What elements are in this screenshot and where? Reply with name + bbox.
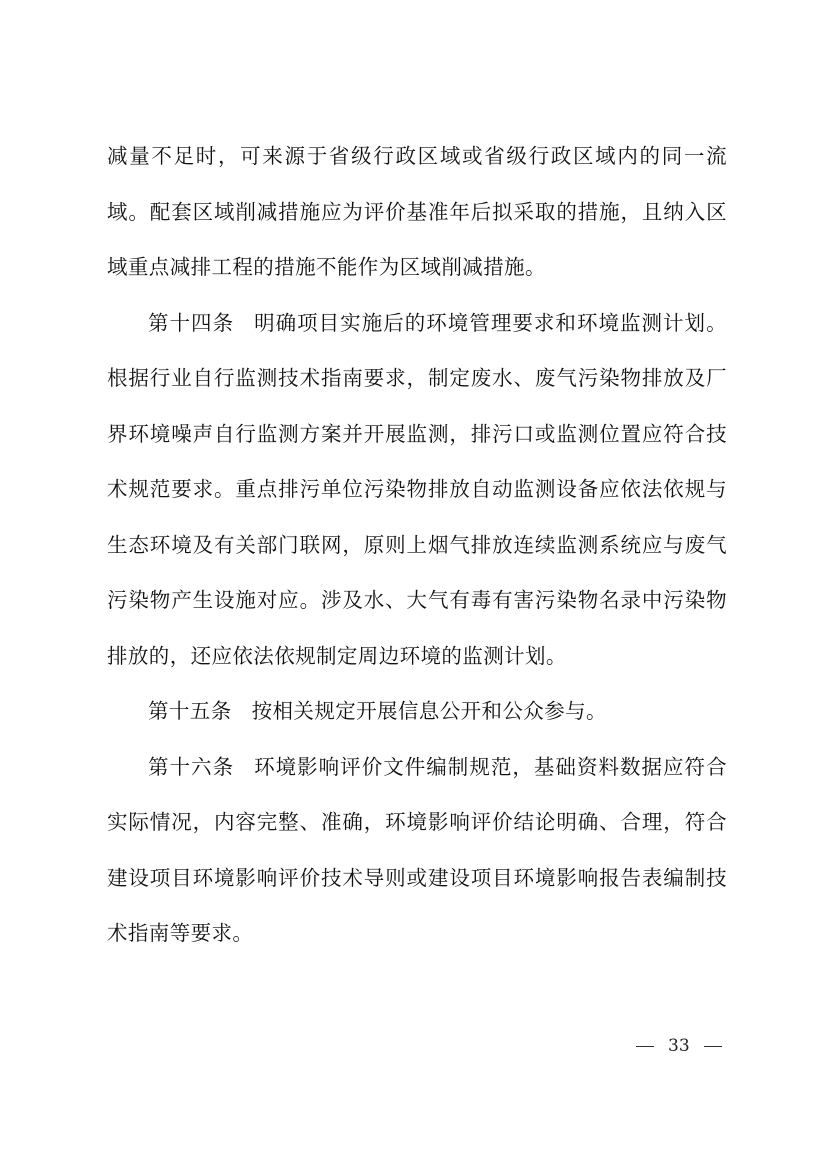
paragraph-article-14: 第十四条明确项目实施后的环境管理要求和环境监测计划。根据行业自行监测技术指南要求… [107, 296, 727, 685]
article-number: 第十四条 [148, 311, 234, 335]
page-number-dash-right [704, 1046, 722, 1047]
article-number: 第十六条 [148, 755, 234, 779]
page-number-value: 33 [668, 1036, 690, 1056]
page-number: 33 [636, 1036, 722, 1056]
document-page: 减量不足时，可来源于省级行政区域或省级行政区域内的同一流域。配套区域削减措施应为… [0, 0, 826, 1169]
paragraph-text: 按相关规定开展信息公开和公众参与。 [252, 699, 607, 723]
article-number: 第十五条 [148, 699, 232, 723]
page-number-dash-left [636, 1046, 654, 1047]
paragraph-article-16: 第十六条环境影响评价文件编制规范，基础资料数据应符合实际情况，内容完整、准确，环… [107, 740, 727, 962]
paragraph-text: 环境影响评价文件编制规范，基础资料数据应符合实际情况，内容完整、准确，环境影响评… [107, 755, 727, 946]
paragraph-continuation: 减量不足时，可来源于省级行政区域或省级行政区域内的同一流域。配套区域削减措施应为… [107, 129, 727, 296]
paragraph-text: 明确项目实施后的环境管理要求和环境监测计划。根据行业自行监测技术指南要求，制定废… [107, 311, 727, 668]
paragraph-text: 减量不足时，可来源于省级行政区域或省级行政区域内的同一流域。配套区域削减措施应为… [107, 144, 727, 279]
paragraph-article-15: 第十五条按相关规定开展信息公开和公众参与。 [107, 684, 727, 740]
body-text: 减量不足时，可来源于省级行政区域或省级行政区域内的同一流域。配套区域削减措施应为… [107, 129, 727, 962]
